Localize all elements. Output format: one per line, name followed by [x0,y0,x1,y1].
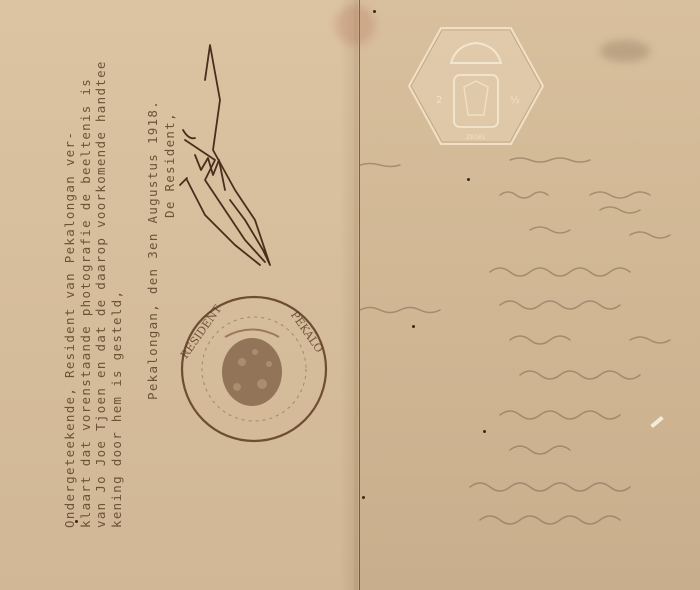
place-date: Pekalongan, den 3en Augustus 1918. [145,100,161,400]
speck [75,520,78,523]
typed-line: Ondergeteekende, Resident van Pekalongan… [62,60,78,528]
resident-seal-icon: RESIDENT PEKALO [177,292,332,447]
svg-text:2: 2 [436,95,442,106]
place-date-text: Pekalongan, den 3en Augustus 1918. [145,100,161,400]
svg-text:PEKALO: PEKALO [288,309,326,355]
fold-shadow [340,0,358,590]
typed-certification-text: Ondergeteekende, Resident van Pekalongan… [62,60,124,528]
stain [600,40,650,62]
typed-line: van Jo Joe Tjoen en dat de daarop voorko… [93,60,109,528]
svg-text:½: ½ [510,94,520,106]
speck [373,10,376,13]
faded-handwriting [360,140,700,590]
speck [467,178,470,181]
document-sheet: Ondergeteekende, Resident van Pekalongan… [0,0,700,590]
speck [362,496,365,499]
typed-line: kening door hem is gesteld, [109,60,125,528]
speck [412,325,415,328]
speck [483,430,486,433]
typed-line: klaart dat vorenstaande photografie de b… [78,60,94,528]
stain [335,5,375,45]
embossed-stamp-icon: 2 ½ ZEGEL [406,25,546,147]
signature-icon [175,40,285,275]
